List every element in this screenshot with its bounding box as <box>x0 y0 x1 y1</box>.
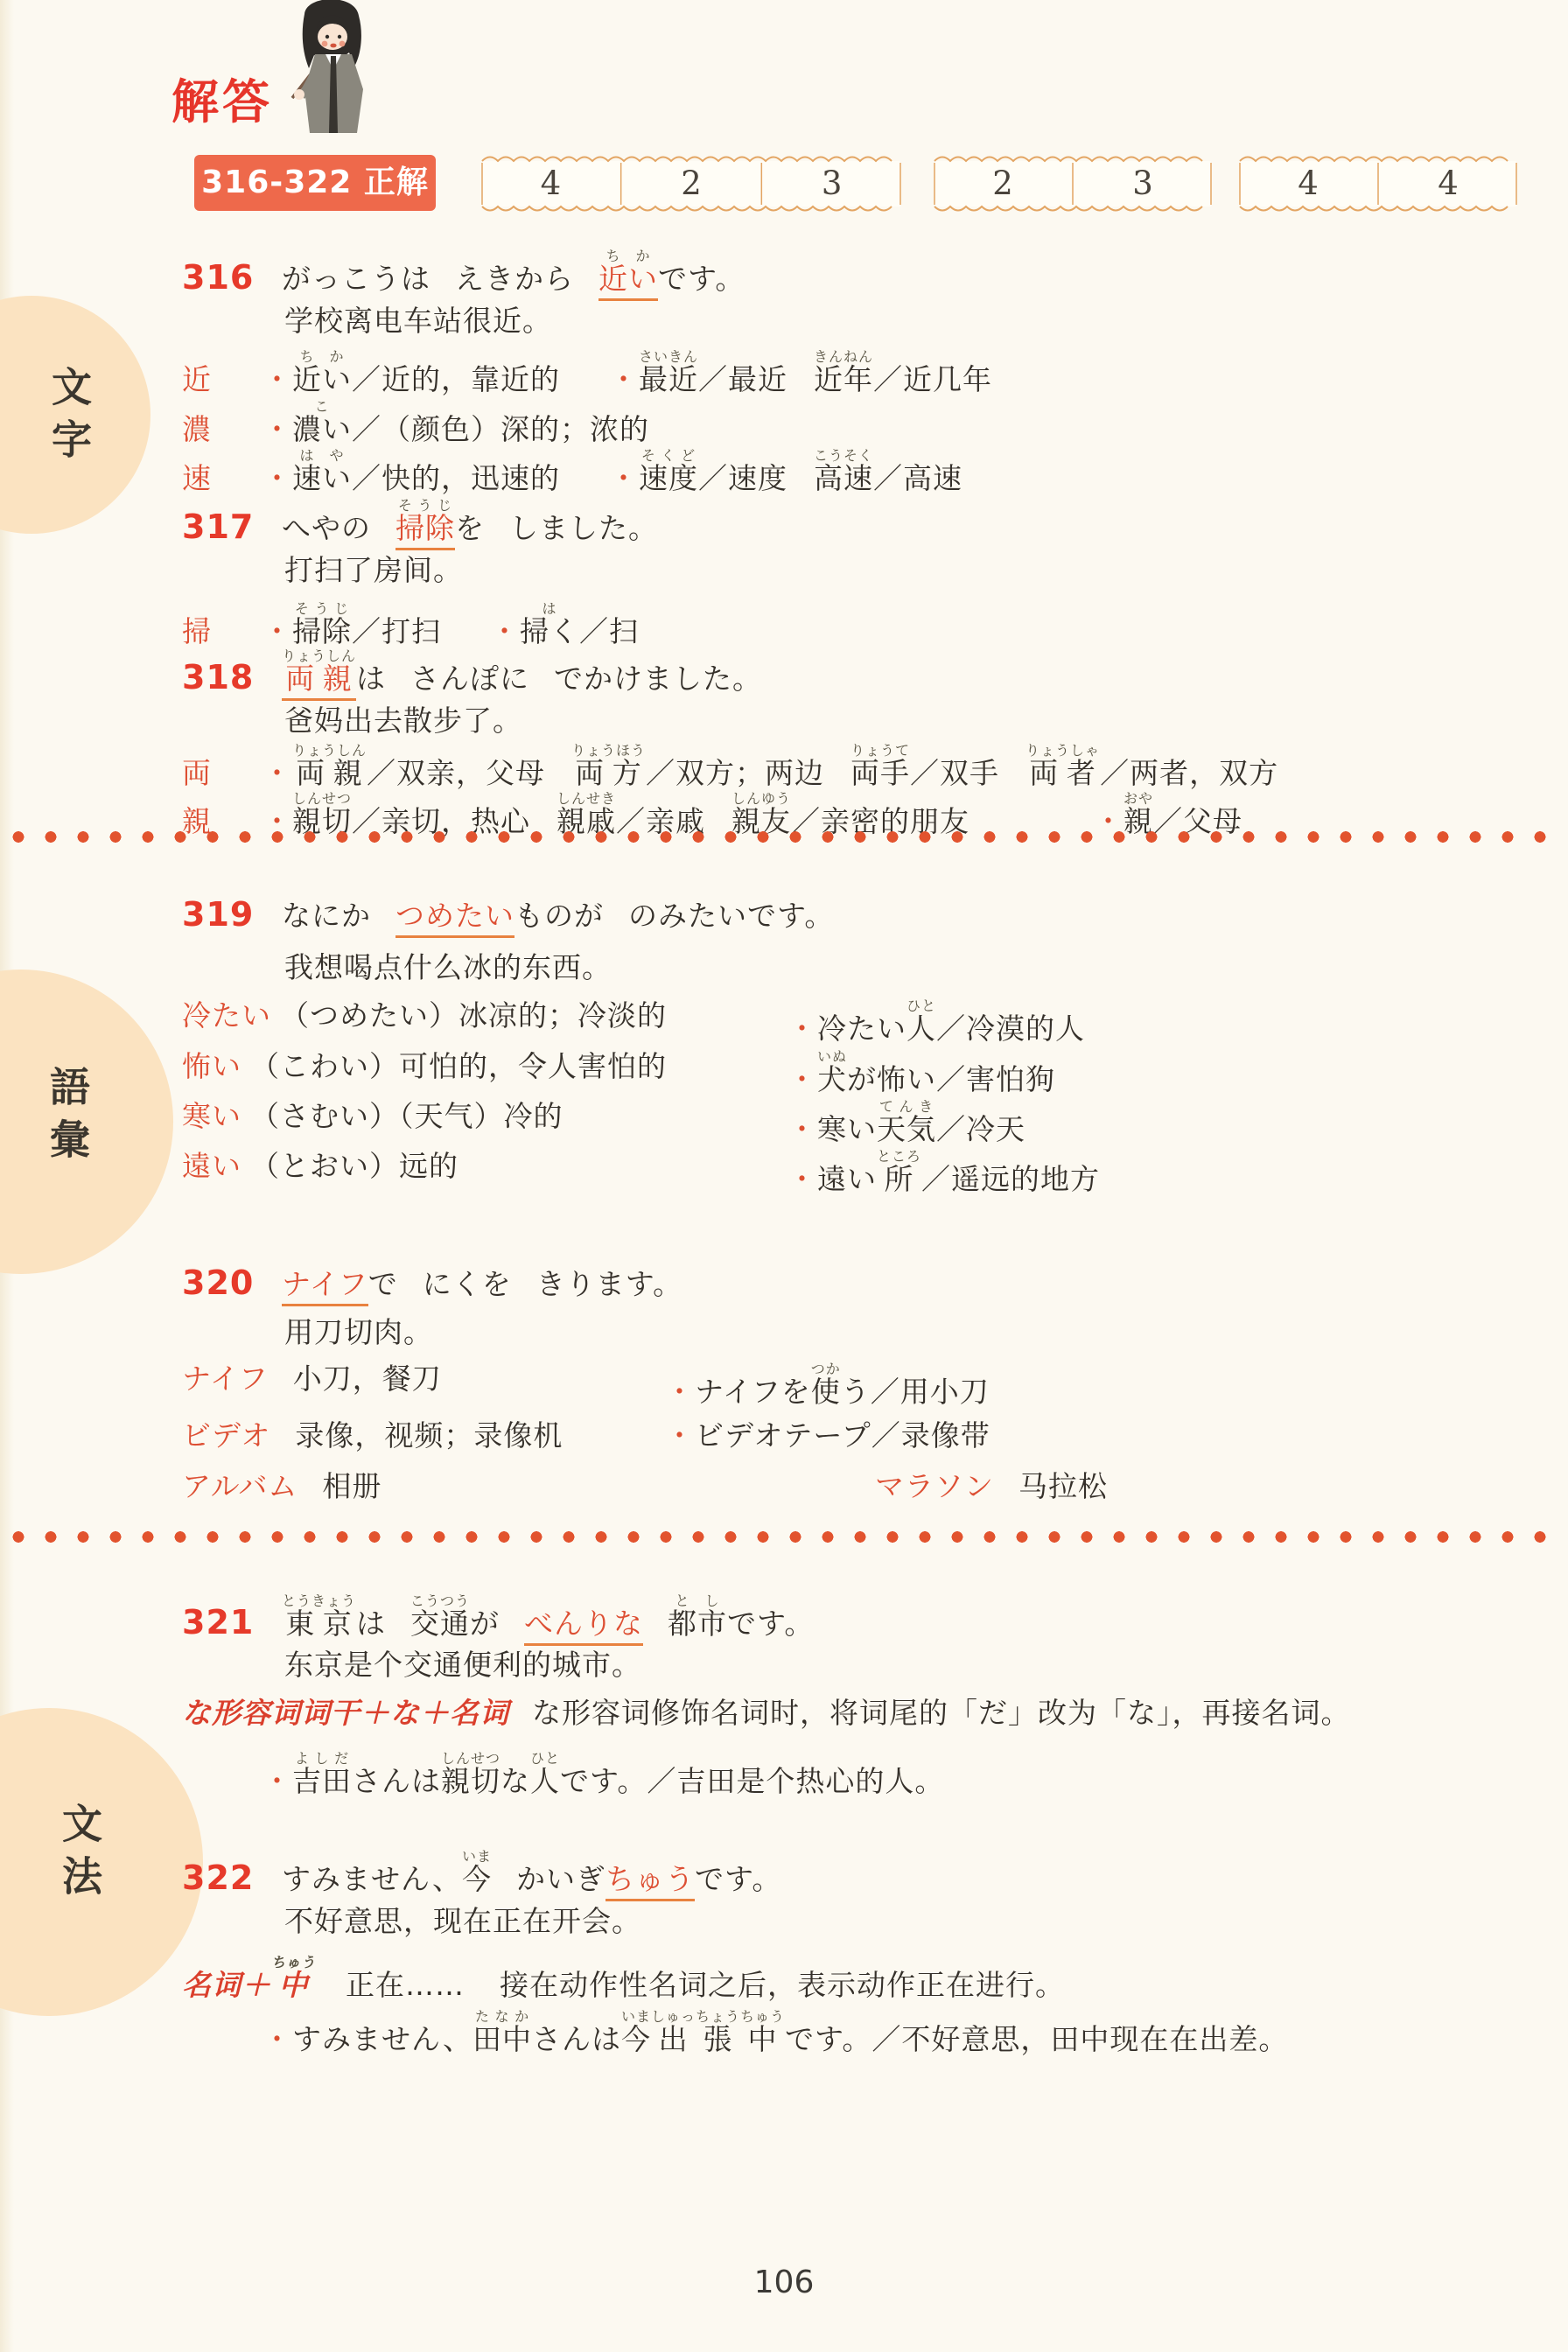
question-number: 316 <box>182 257 282 299</box>
entry-line: ナイフ小刀，餐刀 <box>182 1361 442 1396</box>
text-segment: にくを <box>423 1266 512 1302</box>
text-segment: きります。 <box>536 1266 682 1302</box>
answer-group: 423 <box>480 155 902 213</box>
text-segment: 小刀，餐刀 <box>293 1361 442 1396</box>
text-segment: 相册 <box>322 1468 381 1504</box>
text-segment: 冷たい <box>817 1011 906 1046</box>
question-line: 318両親りょうしんはさんぽにでかけました。 <box>182 647 762 701</box>
text-segment: な形容词词干＋な＋名词 <box>182 1695 509 1731</box>
answer-word: ちゅう <box>605 1861 695 1901</box>
text-segment: しました。 <box>509 510 658 546</box>
question-line: 317へやの掃除そうじをしました。 <box>182 497 658 550</box>
bullet-icon: ・ <box>609 460 639 496</box>
bullet-icon: ・ <box>262 411 292 447</box>
text-segment: すみません、 <box>292 2021 472 2057</box>
text-segment: ／遥远的地方 <box>921 1161 1100 1197</box>
entry-headword: 冷たい <box>182 997 271 1033</box>
text-segment: ／双亲，父母 <box>367 755 545 791</box>
entry-line: 寒い（さむい）（天气）冷的 <box>182 1098 563 1134</box>
answer-cell: 3 <box>1073 155 1213 213</box>
entry-headword: ナイフ <box>182 1361 269 1396</box>
text-segment: 犬いぬ <box>817 1048 847 1097</box>
text-segment: 用刀切肉。 <box>284 1314 433 1350</box>
entry-headword: 寒い <box>182 1098 241 1134</box>
text-segment: （さむい）（天气）冷的 <box>250 1098 563 1134</box>
sidebar-label-bunpo: 文法 <box>59 1802 100 1907</box>
text-segment: ものが <box>514 898 604 934</box>
text-segment: は <box>356 661 386 696</box>
text-segment: 天気てんき <box>877 1098 936 1147</box>
text-segment: 不好意思，现在正在开会。 <box>284 1903 641 1939</box>
text-segment: ／快的，迅速的 <box>352 460 560 496</box>
question-line: 319なにかつめたいものがのみたいです。 <box>182 894 834 938</box>
answer-cell: 4 <box>1238 155 1378 213</box>
text-segment: です。／吉田是个热心的人。 <box>560 1763 944 1799</box>
question-line: 322すみません、今いまかいぎちゅうです。 <box>182 1848 781 1901</box>
entry-line: 近・近いちか／近的，靠近的・最近さいきん／最近近年きんねん／近几年 <box>182 348 992 397</box>
entry-headword: 掃 <box>182 613 262 649</box>
entry-line: マラソン马拉松 <box>875 1468 1108 1504</box>
text-segment: がっこうは <box>282 261 430 297</box>
text-segment: ／冷天 <box>936 1111 1025 1147</box>
translation-line: 学校离电车站很近。 <box>284 303 552 339</box>
text-segment: を <box>455 510 485 546</box>
bullet-icon: ・ <box>665 1374 695 1410</box>
text-segment: すみません、 <box>282 1861 462 1897</box>
bullet-icon: ・ <box>787 1011 817 1046</box>
text-segment: う／用小刀 <box>841 1374 990 1410</box>
translation-line: 东京是个交通便利的城市。 <box>284 1647 641 1683</box>
page-number: 106 <box>0 2264 1568 2300</box>
text-segment: （こわい）可怕的，令人害怕的 <box>250 1048 667 1084</box>
text-segment: ／两者，双方 <box>1100 755 1278 791</box>
text-segment: 近年きんねん <box>814 348 873 397</box>
text-segment: です。／不好意思，田中现在在出差。 <box>785 2021 1288 2057</box>
text-segment: 田中たなか <box>472 2008 532 2057</box>
text-segment: 東京とうきょう <box>282 1592 356 1641</box>
text-segment: は <box>356 1606 386 1641</box>
answer-group: 44 <box>1238 155 1518 213</box>
entry-line: 冷たい（つめたい）冰凉的；冷淡的 <box>182 997 667 1033</box>
entry-line: 両・両親りょうしん／双亲，父母両方りょうほう／双方；两边両手りょうて／双手両者り… <box>182 742 1278 791</box>
text-segment: 高速こうそく <box>814 447 873 496</box>
entry-line: な形容词词干＋な＋名词な形容词修饰名词时，将词尾的「だ」改为「な」，再接名词。 <box>182 1695 1351 1731</box>
answer-word: べんりな <box>524 1606 643 1646</box>
bullet-icon: ・ <box>665 1417 695 1453</box>
entry-line: ビデオ录像，视频；录像机 <box>182 1417 563 1453</box>
text-segment: で <box>368 1266 398 1302</box>
text-segment: 接在动作性名词之后，表示动作正在进行。 <box>500 1967 1065 2003</box>
text-segment: へやの <box>282 510 371 546</box>
entry-headword: 速 <box>182 460 262 496</box>
text-segment: 両手りょうて <box>850 742 910 791</box>
text-segment: （つめたい）冰凉的；冷淡的 <box>280 997 667 1033</box>
text-segment: 吉田よしだ <box>292 1750 352 1799</box>
answer-cell: 2 <box>621 155 762 213</box>
text-segment: 学校离电车站很近。 <box>284 303 552 339</box>
entry-headword: アルバム <box>182 1468 297 1504</box>
text-segment: さんは <box>352 1763 441 1799</box>
text-segment: 濃いこ <box>292 398 352 447</box>
text-segment: ビデオテープ／录像带 <box>695 1417 990 1453</box>
text-segment: ／速度 <box>698 460 787 496</box>
text-segment: 速度そくど <box>639 447 698 496</box>
text-segment: 马拉松 <box>1018 1468 1108 1504</box>
text-segment: 中ちゅう <box>271 1954 316 2003</box>
translation-line: 我想喝点什么冰的东西。 <box>284 949 612 985</box>
entry-headword: ビデオ <box>182 1417 270 1453</box>
sidebar-label-goi: 語彙 <box>47 1066 87 1171</box>
example-line: ・冷たい人ひと／冷漠的人 <box>787 997 1085 1046</box>
answer-cell: 4 <box>1378 155 1518 213</box>
text-segment: な形容词修饰名词时，将词尾的「だ」改为「な」，再接名词。 <box>532 1695 1351 1731</box>
answer-word: 掃除そうじ <box>395 497 455 550</box>
question-line: 321東京とうきょうは交通こうつうがべんりな都市としです。 <box>182 1592 814 1646</box>
text-segment: なにか <box>282 898 371 934</box>
text-segment: さんぽに <box>410 661 529 696</box>
text-segment: えきから <box>455 261 574 297</box>
text-segment: ／最近 <box>698 361 787 397</box>
text-segment: （とおい）远的 <box>250 1148 458 1184</box>
answer-group: 23 <box>933 155 1213 213</box>
text-segment: 掃くは <box>520 600 579 649</box>
bullet-icon: ・ <box>262 755 292 791</box>
text-segment: 打扫了房间。 <box>284 552 463 588</box>
question-line: 316がっこうはえきから近いちかです。 <box>182 248 745 301</box>
text-segment: 寒い <box>817 1111 877 1147</box>
text-segment: 速いはや <box>292 447 352 496</box>
text-segment: のみたいです。 <box>628 898 834 934</box>
text-segment: 遠い <box>817 1161 877 1197</box>
entry-headword: 怖い <box>182 1048 241 1084</box>
text-segment: 所ところ <box>877 1148 921 1197</box>
entry-headword: 遠い <box>182 1148 241 1184</box>
entry-line: アルバム相册 <box>182 1468 381 1504</box>
answer-word: 両親りょうしん <box>282 647 356 701</box>
text-segment: かいぎ <box>516 1861 605 1897</box>
text-segment: です。 <box>727 1606 814 1641</box>
entry-headword: 近 <box>182 361 262 397</box>
example-line: ・ナイフを使つかう／用小刀 <box>665 1361 990 1410</box>
question-number: 320 <box>182 1263 282 1305</box>
translation-line: 用刀切肉。 <box>284 1314 433 1350</box>
question-number: 317 <box>182 507 282 549</box>
text-segment: 両親りょうしん <box>292 742 367 791</box>
bullet-icon: ・ <box>609 361 639 397</box>
text-segment: 両方りょうほう <box>571 742 646 791</box>
dotted-divider <box>10 829 1559 844</box>
entry-headword: 濃 <box>182 411 262 447</box>
text-segment: です。 <box>695 1861 781 1897</box>
text-segment: ／双手 <box>910 755 999 791</box>
answer-word: 近いちか <box>598 248 658 301</box>
text-segment: 使つか <box>811 1361 841 1410</box>
bullet-icon: ・ <box>787 1161 817 1197</box>
text-segment: ／（颜色）深的；浓的 <box>352 411 649 447</box>
text-segment: 东京是个交通便利的城市。 <box>284 1647 641 1683</box>
text-segment: ／冷漠的人 <box>936 1011 1085 1046</box>
bullet-icon: ・ <box>262 361 292 397</box>
result-badge: 316-322 正解 <box>194 155 436 211</box>
entry-line: 遠い（とおい）远的 <box>182 1148 458 1184</box>
text-segment: ナイフを <box>695 1374 811 1410</box>
entry-line: 濃・濃いこ／（颜色）深的；浓的 <box>182 398 649 447</box>
text-segment: さんは <box>532 2021 621 2057</box>
teacher-illustration <box>278 0 385 147</box>
bullet-icon: ・ <box>262 613 292 649</box>
question-number: 321 <box>182 1602 282 1644</box>
answer-word: ナイフ <box>282 1266 368 1306</box>
question-line: 320ナイフでにくをきります。 <box>182 1263 682 1306</box>
entry-headword: マラソン <box>875 1468 994 1504</box>
bullet-icon: ・ <box>262 1763 292 1799</box>
bullet-icon: ・ <box>490 613 520 649</box>
translation-line: 打扫了房间。 <box>284 552 463 588</box>
question-number: 322 <box>182 1858 282 1900</box>
entry-line: 名词＋中ちゅう正在……接在动作性名词之后，表示动作正在进行。 <box>182 1954 1065 2003</box>
bullet-icon: ・ <box>262 460 292 496</box>
text-segment: 人ひと <box>906 997 936 1046</box>
text-segment: ／打扫 <box>352 613 441 649</box>
text-segment: ／扫 <box>579 613 639 649</box>
text-segment: 人ひと <box>530 1750 560 1799</box>
text-segment: 爸妈出去散步了。 <box>284 703 522 738</box>
text-segment: 今いま <box>621 2008 651 2057</box>
text-segment: 中ちゅう <box>740 2008 785 2057</box>
text-segment: 都市とし <box>668 1592 727 1641</box>
text-segment: 今いま <box>462 1848 492 1897</box>
text-segment: でかけました。 <box>554 661 762 696</box>
translation-line: 不好意思，现在正在开会。 <box>284 1903 641 1939</box>
text-segment: 出張しゅっちょう <box>651 2008 740 2057</box>
answer-header-label: 解答 <box>171 65 273 132</box>
entry-line: 掃・掃除そうじ／打扫・掃くは／扫 <box>182 600 639 649</box>
text-segment: 名词＋ <box>182 1967 271 2003</box>
text-segment: です。 <box>658 261 745 297</box>
text-segment: 近いちか <box>292 348 352 397</box>
text-segment: 親切しんせつ <box>441 1750 500 1799</box>
example-line: ・犬いぬが怖い／害怕狗 <box>787 1048 1055 1097</box>
dotted-divider <box>10 1529 1559 1544</box>
text-segment: 我想喝点什么冰的东西。 <box>284 949 612 985</box>
example-line: ・寒い天気てんき／冷天 <box>787 1098 1025 1147</box>
question-number: 318 <box>182 657 282 699</box>
text-segment: な <box>500 1763 530 1799</box>
answer-word: つめたい <box>395 898 514 938</box>
text-segment: 正在…… <box>346 1967 465 2003</box>
question-number: 319 <box>182 894 282 936</box>
text-segment: 交通こうつう <box>410 1592 470 1641</box>
example-line: ・ビデオテープ／录像带 <box>665 1417 990 1453</box>
text-segment: が怖い／害怕狗 <box>847 1061 1055 1097</box>
answer-cell: 2 <box>933 155 1073 213</box>
text-segment: ／近几年 <box>873 361 992 397</box>
text-segment: ／高速 <box>873 460 962 496</box>
entry-line: 怖い（こわい）可怕的，令人害怕的 <box>182 1048 667 1084</box>
bullet-icon: ・ <box>262 2021 292 2057</box>
example-line: ・すみません、田中たなかさんは今いま出張しゅっちょう中ちゅうです。／不好意思，田… <box>262 2008 1288 2057</box>
translation-line: 爸妈出去散步了。 <box>284 703 522 738</box>
entry-line: 速・速いはや／快的，迅速的・速度そくど／速度高速こうそく／高速 <box>182 447 962 496</box>
text-segment: 両者りょうしゃ <box>1025 742 1100 791</box>
entry-headword: 両 <box>182 755 262 791</box>
text-segment: ／近的，靠近的 <box>352 361 560 397</box>
text-segment: 最近さいきん <box>639 348 698 397</box>
text-segment: 录像，视频；录像机 <box>295 1417 563 1453</box>
text-segment: が <box>470 1606 500 1641</box>
sidebar-label-moji: 文字 <box>49 366 89 471</box>
example-line: ・遠い所ところ／遥远的地方 <box>787 1148 1100 1197</box>
example-line: ・吉田よしださんは親切しんせつな人ひとです。／吉田是个热心的人。 <box>262 1750 944 1799</box>
text-segment: 掃除そうじ <box>292 600 352 649</box>
answer-cell: 4 <box>480 155 621 213</box>
bullet-icon: ・ <box>787 1061 817 1097</box>
bullet-icon: ・ <box>787 1111 817 1147</box>
text-segment: ／双方；两边 <box>646 755 824 791</box>
answer-cell: 3 <box>761 155 902 213</box>
